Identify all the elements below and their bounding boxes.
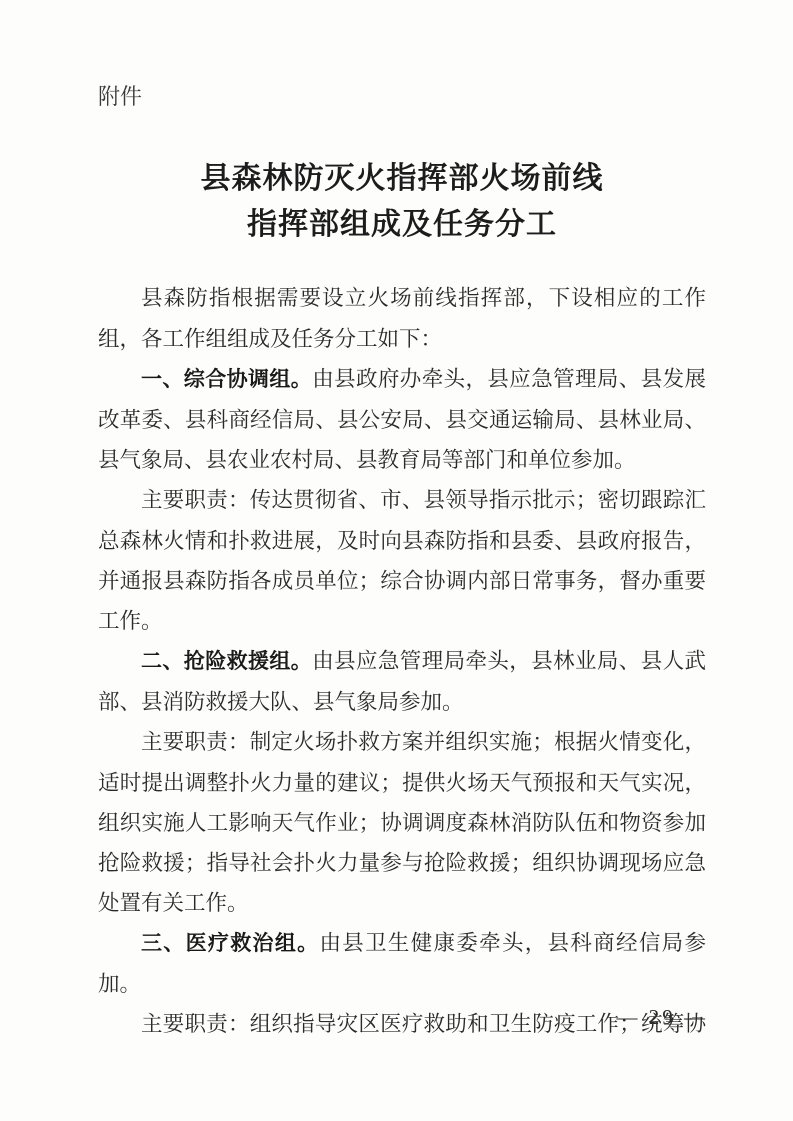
paragraph-text: 主要职责：传达贯彻省、市、县领导指示批示；密切跟踪汇总森林火情和扑救进展，及时向… [98, 488, 706, 633]
paragraph-section-3: 三、医疗救治组。由县卫生健康委牵头，县科商经信局参加。 [98, 923, 706, 1004]
document-body: 县森防指根据需要设立火场前线指挥部，下设相应的工作组，各工作组组成及任务分工如下… [98, 278, 706, 1045]
paragraph-text: 县森防指根据需要设立火场前线指挥部，下设相应的工作组，各工作组组成及任务分工如下… [98, 286, 706, 351]
document-title-line-2: 指挥部组成及任务分工 [98, 202, 706, 248]
paragraph-intro: 县森防指根据需要设立火场前线指挥部，下设相应的工作组，各工作组组成及任务分工如下… [98, 278, 706, 359]
section-2-heading: 二、抢险救援组。 [141, 650, 312, 673]
paragraph-text: 主要职责：制定火场扑救方案并组织实施；根据火情变化，适时提出调整扑火力量的建议；… [98, 730, 706, 915]
document-title: 县森林防灭火指挥部火场前线 指挥部组成及任务分工 [98, 156, 706, 248]
paragraph-section-1: 一、综合协调组。由县政府办牵头，县应急管理局、县发展改革委、县科商经信局、县公安… [98, 359, 706, 480]
document-page: 附件 县森林防灭火指挥部火场前线 指挥部组成及任务分工 县森防指根据需要设立火场… [0, 0, 793, 1121]
paragraph-section-3-duties: 主要职责：组织指导灾区医疗救助和卫生防疫工作；统筹协 [98, 1004, 706, 1045]
page-number: — 29 — [617, 1005, 709, 1030]
paragraph-section-2: 二、抢险救援组。由县应急管理局牵头，县林业局、县人武部、县消防救援大队、县气象局… [98, 641, 706, 722]
section-3-heading: 三、医疗救治组。 [141, 932, 320, 955]
attachment-label: 附件 [98, 84, 706, 110]
paragraph-section-1-duties: 主要职责：传达贯彻省、市、县领导指示批示；密切跟踪汇总森林火情和扑救进展，及时向… [98, 480, 706, 641]
paragraph-section-2-duties: 主要职责：制定火场扑救方案并组织实施；根据火情变化，适时提出调整扑火力量的建议；… [98, 722, 706, 923]
section-1-heading: 一、综合协调组。 [141, 368, 312, 391]
document-title-line-1: 县森林防灭火指挥部火场前线 [98, 156, 706, 202]
